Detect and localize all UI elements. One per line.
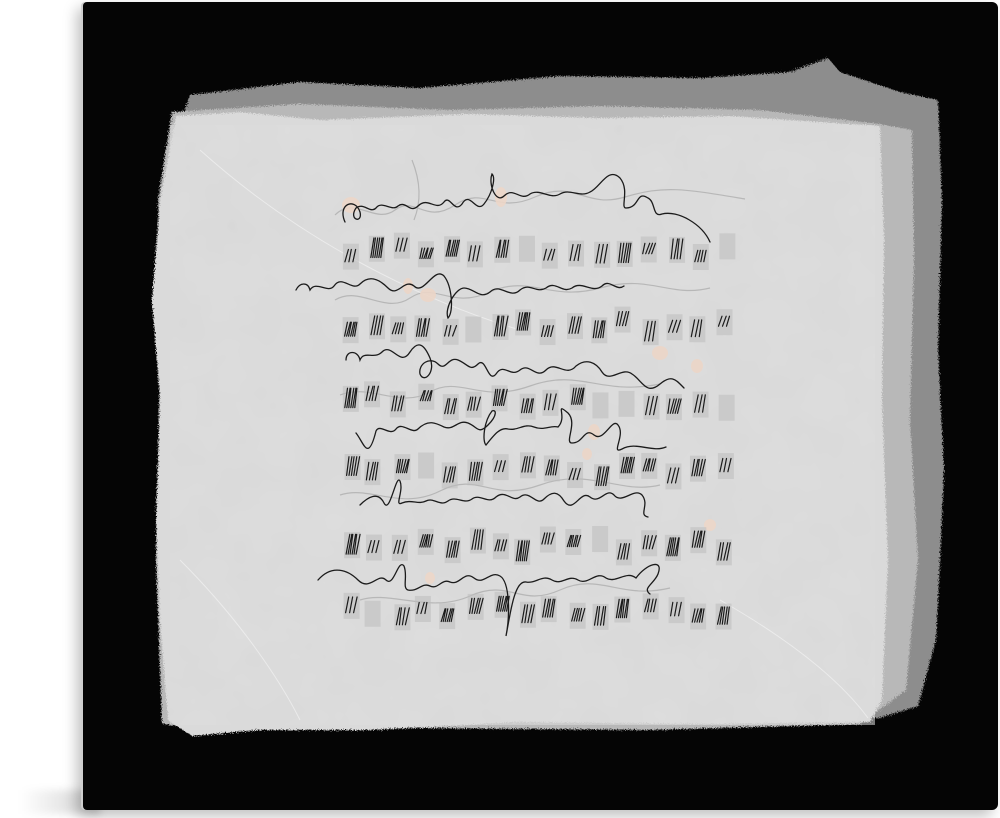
artwork (0, 0, 1000, 818)
